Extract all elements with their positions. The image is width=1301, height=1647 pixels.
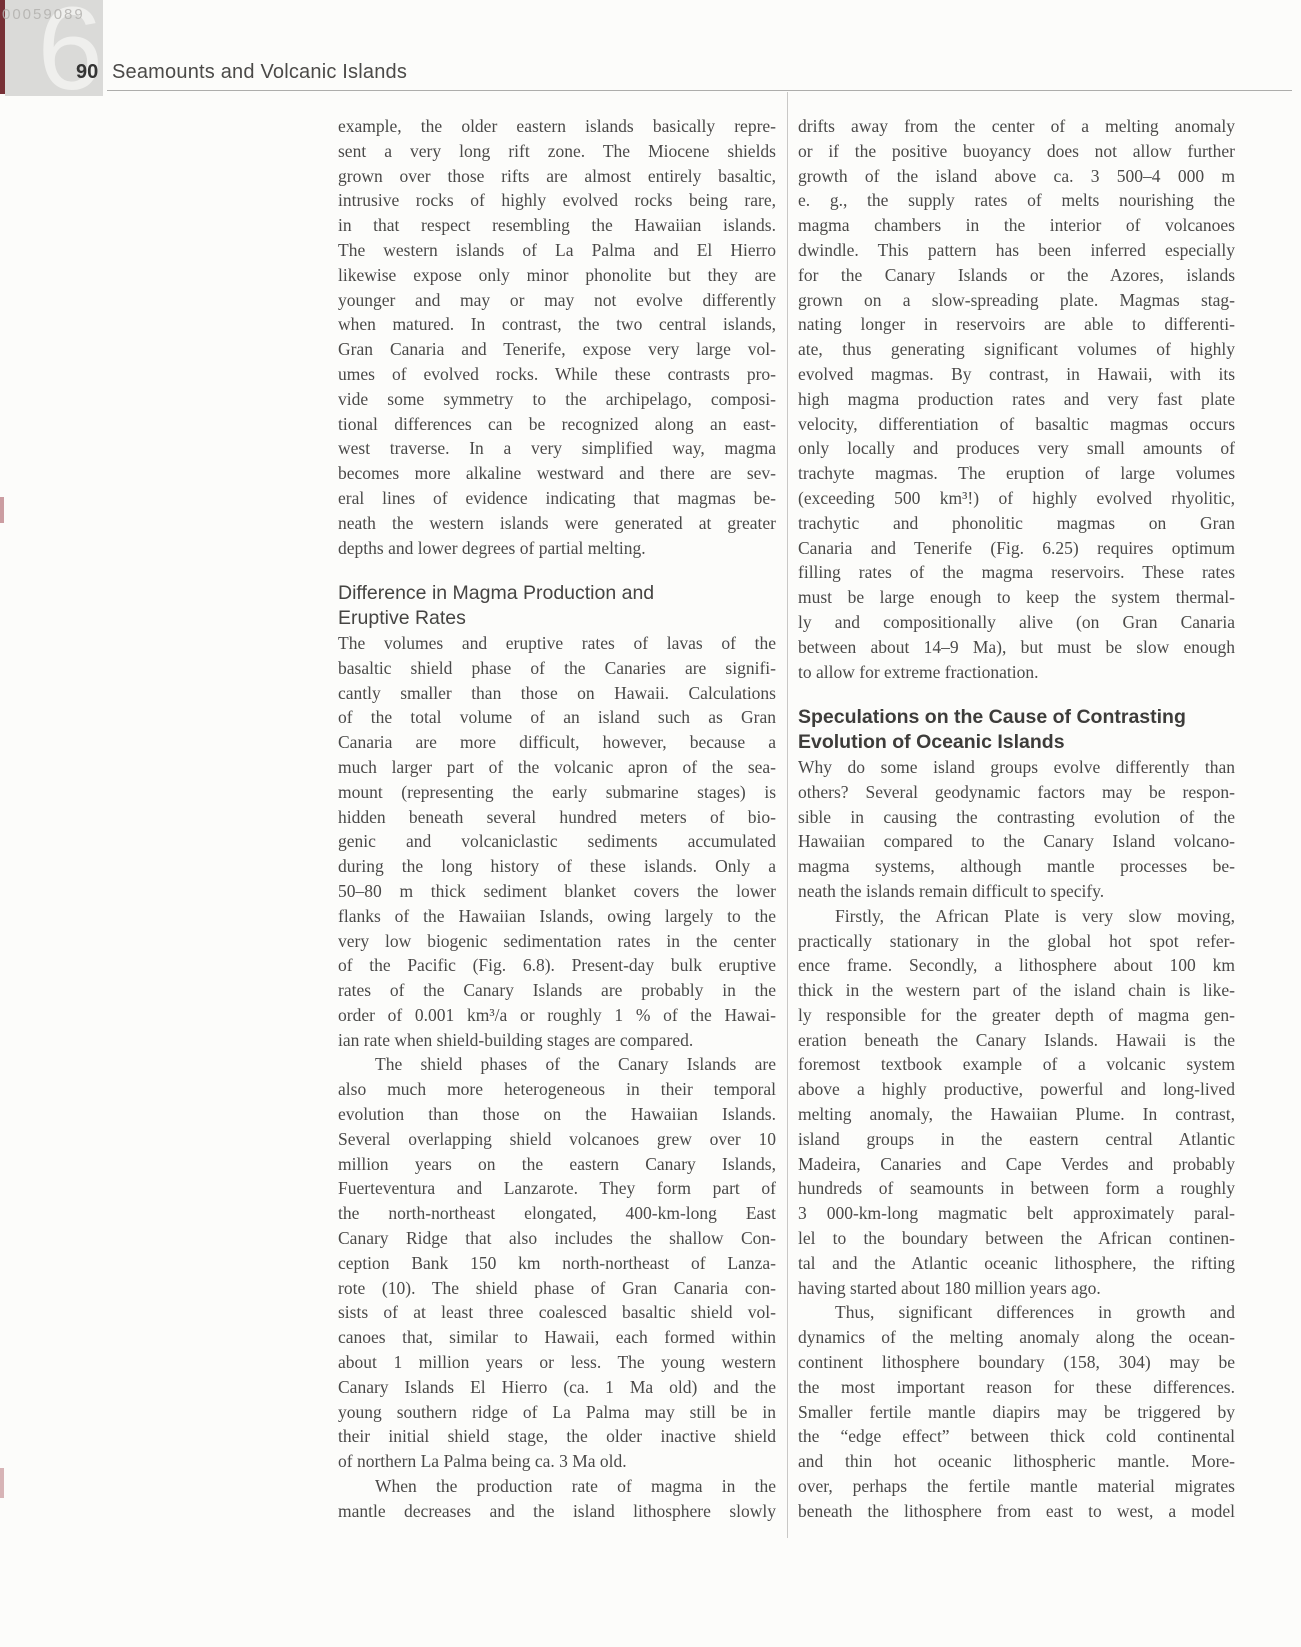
text-line: continent lithosphere boundary (158, 304… [798,1350,1235,1375]
book-page: 00059089 6 90 Seamounts and Volcanic Isl… [0,0,1301,1647]
text-line: growth of the island above ca. 3 500–4 0… [798,164,1235,189]
left-column: example, the older eastern islands basic… [338,114,776,1524]
text-line: ian rate when shield-building stages are… [338,1028,776,1053]
text-line: to allow for extreme fractionation. [798,660,1235,685]
text-line: between about 14–9 Ma), but must be slow… [798,635,1235,660]
text-line: umes of evolved rocks. While these contr… [338,362,776,387]
text-line: canoes that, similar to Hawaii, each for… [338,1325,776,1350]
text-line: or if the positive buoyancy does not all… [798,139,1235,164]
text-line: ception Bank 150 km north-northeast of L… [338,1251,776,1276]
text-line: high magma production rates and very fas… [798,387,1235,412]
text-line: trachyte magmas. The eruption of large v… [798,461,1235,486]
text-line: mantle decreases and the island lithosph… [338,1499,776,1524]
paragraph: drifts away from the center of a melting… [798,114,1235,684]
text-line: Canary Ridge that also includes the shal… [338,1226,776,1251]
text-line: tal and the Atlantic oceanic lithosphere… [798,1251,1235,1276]
text-line: beneath the lithosphere from east to wes… [798,1499,1235,1524]
page-edge-red-mark-bottom [0,1468,4,1498]
right-column: drifts away from the center of a melting… [798,114,1235,1524]
text-line: order of 0.001 km³/a or roughly 1 % of t… [338,1003,776,1028]
text-line: sists of at least three coalesced basalt… [338,1300,776,1325]
section-heading-line: Evolution of Oceanic Islands [798,730,1235,755]
text-line: 50–80 m thick sediment blanket covers th… [338,879,776,904]
text-line: intrusive rocks of highly evolved rocks … [338,188,776,213]
text-line: eration beneath the Canary Islands. Hawa… [798,1028,1235,1053]
text-line: in that respect resembling the Hawaiian … [338,213,776,238]
text-line: ence frame. Secondly, a lithosphere abou… [798,953,1235,978]
page-edge-red-mark-middle [0,497,4,523]
paragraph: The volumes and eruptive rates of lavas … [338,631,776,1053]
text-line: The volumes and eruptive rates of lavas … [338,631,776,656]
text-line: only locally and produces very small amo… [798,436,1235,461]
section-heading: Speculations on the Cause of Contrasting… [798,705,1235,755]
text-line: hundreds of seamounts in between form a … [798,1176,1235,1201]
text-line: nating longer in reservoirs are able to … [798,312,1235,337]
running-title: Seamounts and Volcanic Islands [112,61,407,84]
text-line: their initial shield stage, the older in… [338,1424,776,1449]
text-line: Thus, significant differences in growth … [798,1300,1235,1325]
text-line: much larger part of the volcanic apron o… [338,755,776,780]
text-line: young southern ridge of La Palma may sti… [338,1400,776,1425]
section-heading-line: Speculations on the Cause of Contrasting [798,705,1235,730]
text-line: grown over those rifts are almost entire… [338,164,776,189]
text-line: the north-northeast elongated, 400-km-lo… [338,1201,776,1226]
text-line: Canaria and Tenerife (Fig. 6.25) require… [798,536,1235,561]
text-line: foremost textbook example of a volcanic … [798,1052,1235,1077]
text-line: ly and compositionally alive (on Gran Ca… [798,610,1235,635]
text-line: magma chambers in the interior of volcan… [798,213,1235,238]
section-heading-line: Eruptive Rates [338,606,776,631]
text-line: dynamics of the melting anomaly along th… [798,1325,1235,1350]
text-line: Canary Islands El Hierro (ca. 1 Ma old) … [338,1375,776,1400]
text-line: thick in the western part of the island … [798,978,1235,1003]
text-line: Why do some island groups evolve differe… [798,755,1235,780]
text-line: ly responsible for the greater depth of … [798,1003,1235,1028]
text-line: very low biogenic sedimentation rates in… [338,929,776,954]
paragraph: Firstly, the African Plate is very slow … [798,904,1235,1301]
text-line: practically stationary in the global hot… [798,929,1235,954]
text-line: of northern La Palma being ca. 3 Ma old. [338,1449,776,1474]
text-line: mount (representing the early submarine … [338,780,776,805]
text-line: and thin hot oceanic lithospheric mantle… [798,1449,1235,1474]
text-line: eral lines of evidence indicating that m… [338,486,776,511]
text-line: younger and may or may not evolve differ… [338,288,776,313]
text-line: flanks of the Hawaiian Islands, owing la… [338,904,776,929]
text-line: cantly smaller than those on Hawaii. Cal… [338,681,776,706]
text-line: (exceeding 500 km³!) of highly evolved r… [798,486,1235,511]
text-line: Hawaiian compared to the Canary Island v… [798,829,1235,854]
text-line: e. g., the supply rates of melts nourish… [798,188,1235,213]
text-line: velocity, differentiation of basaltic ma… [798,412,1235,437]
text-line: neath the islands remain difficult to sp… [798,879,1235,904]
text-line: tional differences can be recognized alo… [338,412,776,437]
text-line: must be large enough to keep the system … [798,585,1235,610]
text-line: The shield phases of the Canary Islands … [338,1052,776,1077]
text-line: magma systems, although mantle processes… [798,854,1235,879]
scan-stamp-number: 00059089 [2,6,85,23]
text-line: about 1 million years or less. The young… [338,1350,776,1375]
text-line: evolution than those on the Hawaiian Isl… [338,1102,776,1127]
section-heading-line: Difference in Magma Production and [338,581,776,606]
text-line: example, the older eastern islands basic… [338,114,776,139]
text-line: Gran Canaria and Tenerife, expose very l… [338,337,776,362]
text-line: vide some symmetry to the archipelago, c… [338,387,776,412]
paragraph: When the production rate of magma in the… [338,1474,776,1524]
header-rule [107,90,1292,91]
text-line: likewise expose only minor phonolite but… [338,263,776,288]
text-line: hidden beneath several hundred meters of… [338,805,776,830]
text-line: when matured. In contrast, the two centr… [338,312,776,337]
column-divider [787,92,788,1538]
paragraph: The shield phases of the Canary Islands … [338,1052,776,1474]
text-line: the most important reason for these diff… [798,1375,1235,1400]
text-line: Fuerteventura and Lanzarote. They form p… [338,1176,776,1201]
text-line: rates of the Canary Islands are probably… [338,978,776,1003]
text-line: drifts away from the center of a melting… [798,114,1235,139]
text-line: lel to the boundary between the African … [798,1226,1235,1251]
text-line: west traverse. In a very simplified way,… [338,436,776,461]
paragraph: Thus, significant differences in growth … [798,1300,1235,1523]
text-line: grown on a slow-spreading plate. Magmas … [798,288,1235,313]
text-line: during the long history of these islands… [338,854,776,879]
text-line: Madeira, Canaries and Cape Verdes and pr… [798,1152,1235,1177]
text-line: dwindle. This pattern has been inferred … [798,238,1235,263]
text-line: neath the western islands were generated… [338,511,776,536]
text-line: 3 000-km-long magmatic belt approximatel… [798,1201,1235,1226]
page-number: 90 [76,61,98,84]
text-line: becomes more alkaline westward and there… [338,461,776,486]
text-line: The western islands of La Palma and El H… [338,238,776,263]
text-line: ate, thus generating significant volumes… [798,337,1235,362]
text-line: filling rates of the magma reservoirs. T… [798,560,1235,585]
text-line: sent a very long rift zone. The Miocene … [338,139,776,164]
text-line: Canaria are more difficult, however, bec… [338,730,776,755]
text-line: island groups in the eastern central Atl… [798,1127,1235,1152]
text-line: depths and lower degrees of partial melt… [338,536,776,561]
text-line: others? Several geodynamic factors may b… [798,780,1235,805]
text-line: of the Pacific (Fig. 6.8). Present-day b… [338,953,776,978]
text-line: trachytic and phonolitic magmas on Gran [798,511,1235,536]
text-line: genic and volcaniclastic sediments accum… [338,829,776,854]
paragraph: example, the older eastern islands basic… [338,114,776,560]
paragraph: Why do some island groups evolve differe… [798,755,1235,904]
text-line: melting anomaly, the Hawaiian Plume. In … [798,1102,1235,1127]
text-line: having started about 180 million years a… [798,1276,1235,1301]
text-line: sible in causing the contrasting evoluti… [798,805,1235,830]
text-line: the “edge effect” between thick cold con… [798,1424,1235,1449]
text-line: rote (10). The shield phase of Gran Cana… [338,1276,776,1301]
text-line: evolved magmas. By contrast, in Hawaii, … [798,362,1235,387]
text-line: Smaller fertile mantle diapirs may be tr… [798,1400,1235,1425]
text-line: above a highly productive, powerful and … [798,1077,1235,1102]
text-line: When the production rate of magma in the [338,1474,776,1499]
text-line: million years on the eastern Canary Isla… [338,1152,776,1177]
text-line: Firstly, the African Plate is very slow … [798,904,1235,929]
text-line: basaltic shield phase of the Canaries ar… [338,656,776,681]
text-line: Several overlapping shield volcanoes gre… [338,1127,776,1152]
section-heading: Difference in Magma Production andErupti… [338,581,776,631]
text-line: for the Canary Islands or the Azores, is… [798,263,1235,288]
text-line: over, perhaps the fertile mantle materia… [798,1474,1235,1499]
text-line: of the total volume of an island such as… [338,705,776,730]
text-line: also much more heterogeneous in their te… [338,1077,776,1102]
